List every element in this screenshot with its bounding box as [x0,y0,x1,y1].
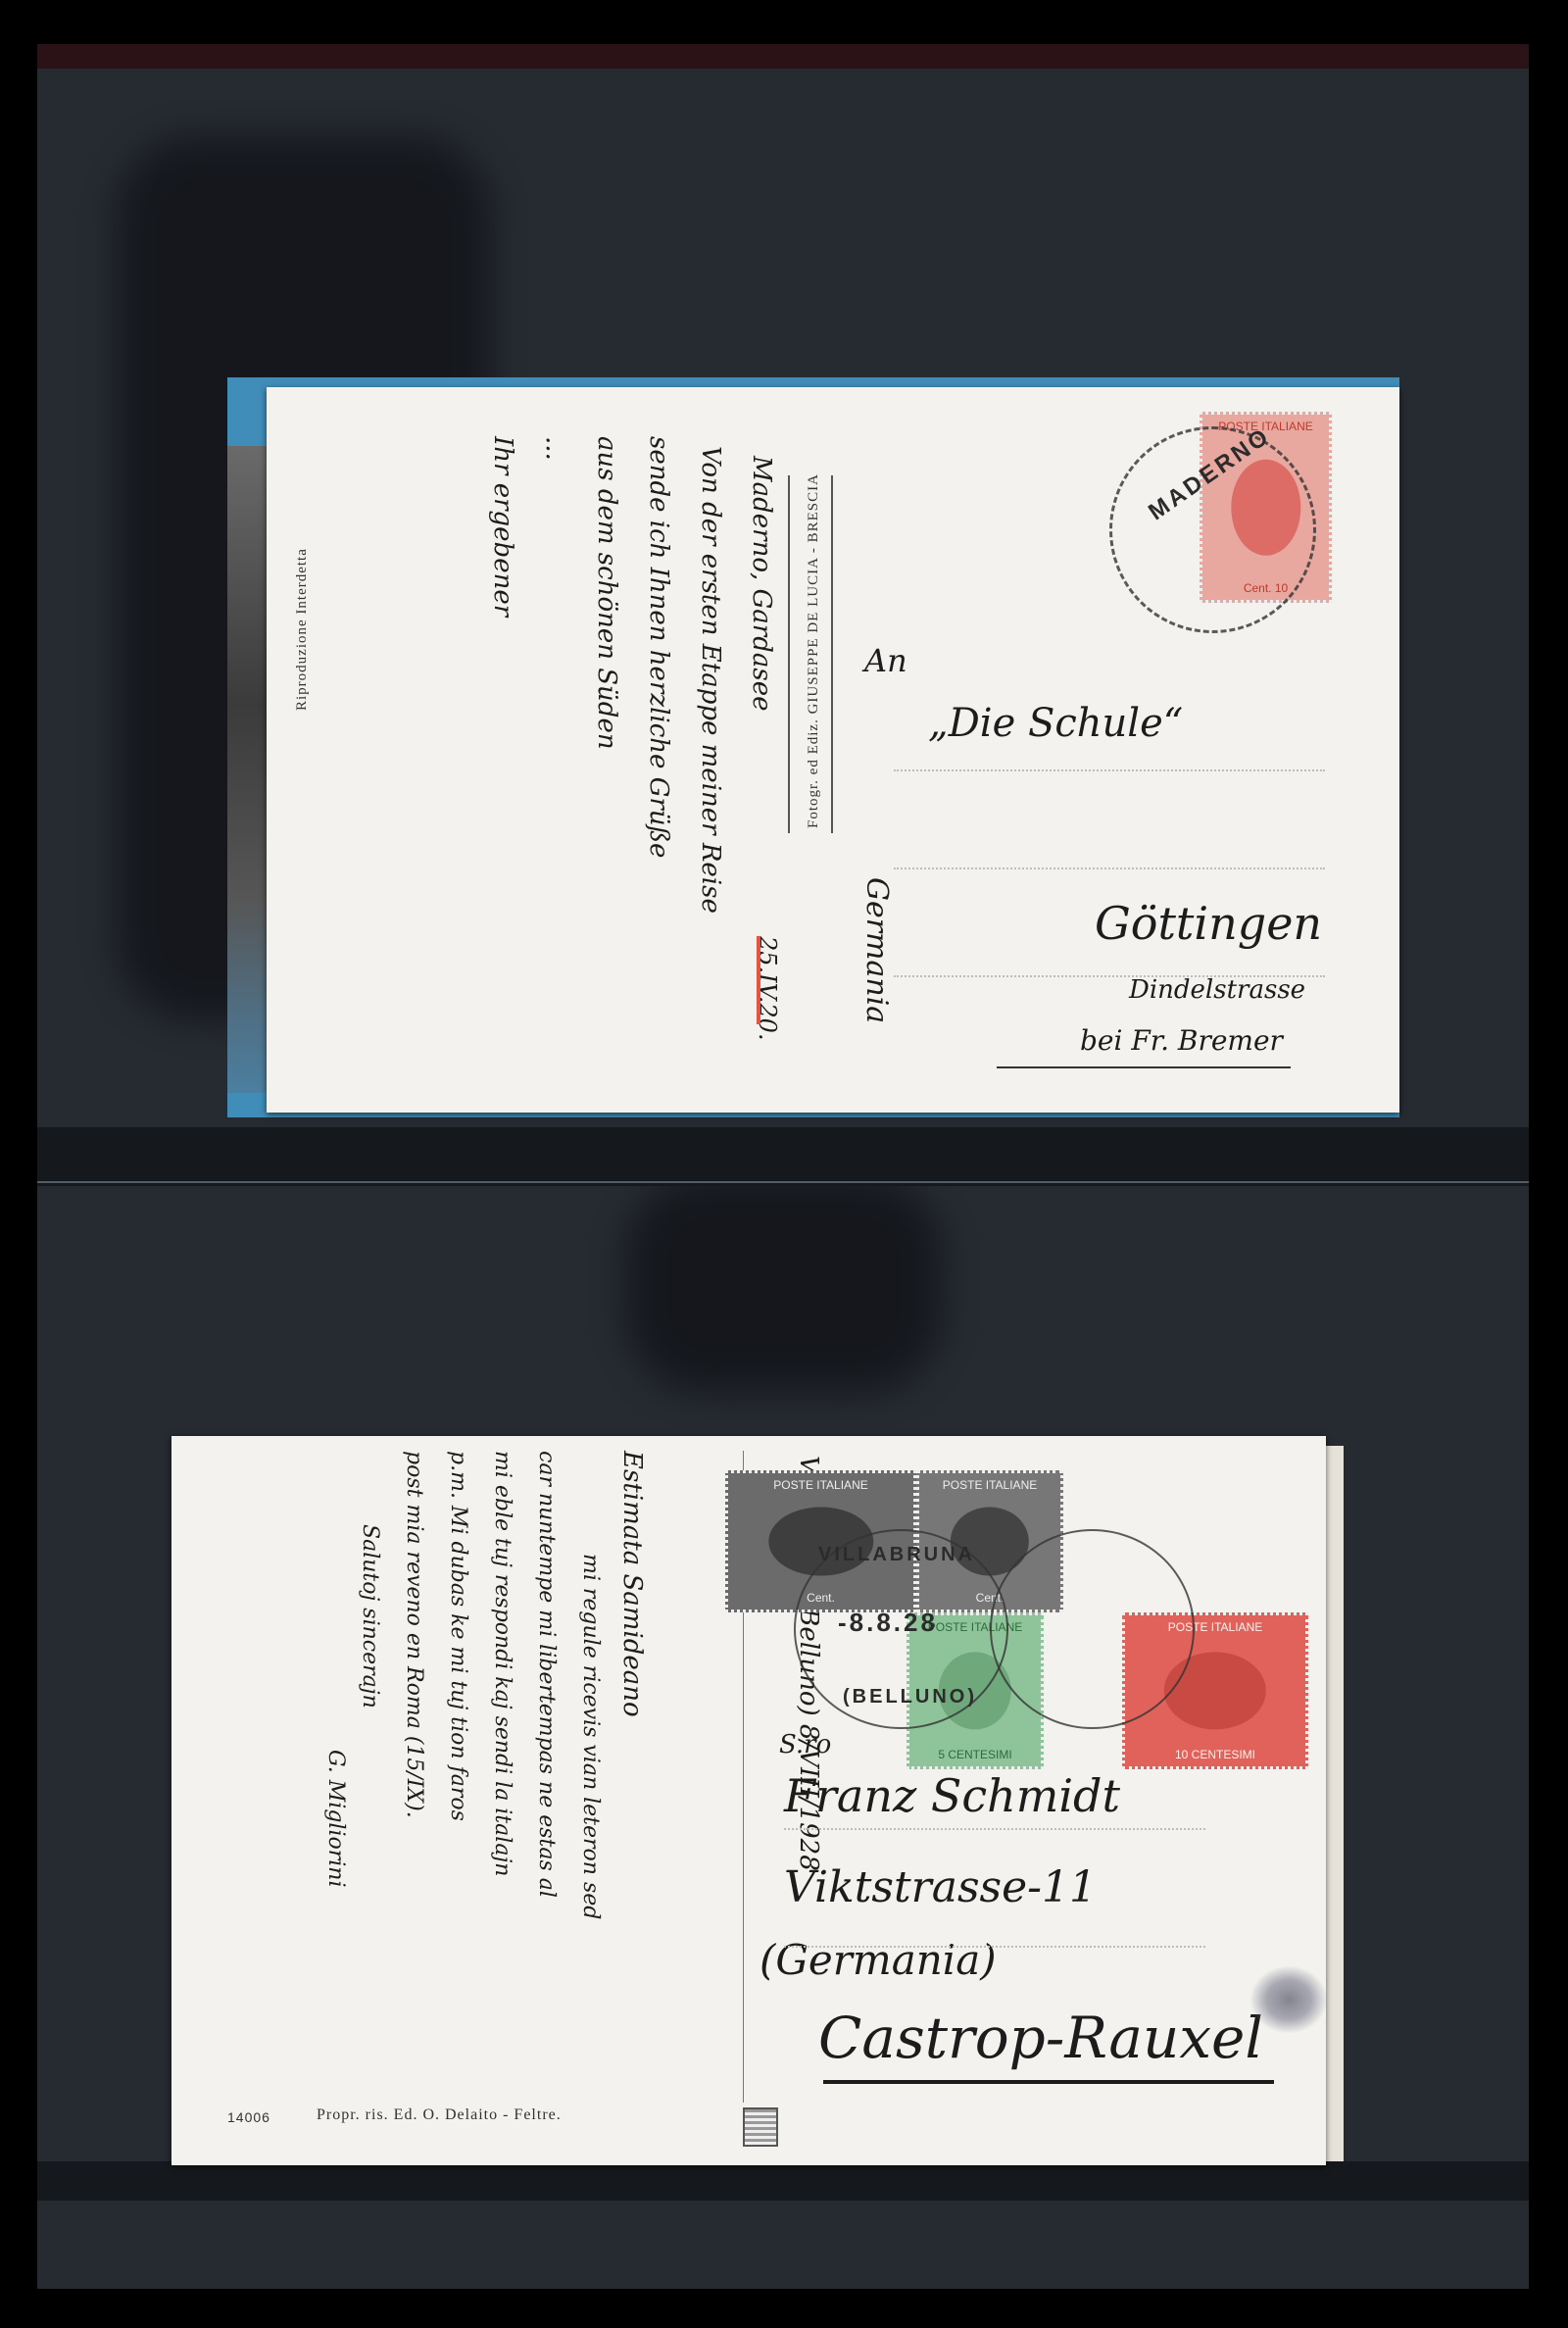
divider-line [831,475,833,833]
message-line: ... [540,436,569,461]
address-salutation: An [864,642,907,679]
address-country: (Germania) [759,1936,997,1984]
postcard-1-photo-edge [227,446,269,1093]
address-recipient: „Die Schule“ [928,701,1183,746]
red-underline [757,936,760,1024]
postcard-2[interactable]: Villabruna (Belluno) 8/VIII/1928 Estimat… [171,1436,1326,2165]
address-country: Germania [859,877,894,1023]
message-line: mi regule ricevis vian leteron sed [578,1554,603,1919]
message-line: mi eble tuj respondi kaj sendi la italaj… [490,1451,514,1876]
address-care-of: bei Fr. Bremer [1080,1024,1283,1057]
message-line: car nuntempe mi libertempas ne estas al [534,1451,559,1898]
message-line: sende ich Ihnen herzliche Grüße [644,436,673,858]
publisher-imprint: Fotogr. ed Ediz. GIUSEPPE DE LUCIA - BRE… [806,473,822,828]
ink-smudge [1249,1965,1328,2034]
message-line: aus dem schönen Süden [592,436,621,750]
message-line: p.m. Mi dubas ke mi tuj tion faros [446,1451,470,1821]
postcard-2-back-edge [1323,1446,1344,2161]
address-line [784,1828,1205,1830]
message-signoff: Salutoj sincerajn [358,1524,382,1709]
publisher-imprint: Propr. ris. Ed. O. Delaito - Feltre. [317,2106,562,2124]
address-line [894,867,1325,869]
address-street: Viktstrasse-11 [784,1862,1097,1912]
album-strip-edge [37,1181,1529,1183]
message-line: Estimata Samideano [617,1451,647,1717]
album-strip-rail [37,1127,1529,1186]
catalogue-number: 14006 [227,2109,270,2125]
stamp-country: POSTE ITALIANE [943,1478,1037,1492]
reproduction-notice: Riproduzione Interdetta [294,548,311,711]
address-underline [823,2080,1274,2084]
postmark-town: VILLABRUNA [818,1544,975,1566]
address-underline [997,1066,1291,1068]
message-line: Von der ersten Etappe meiner Reise [696,446,725,914]
address-prefix: S.ro [779,1730,831,1759]
address-city: Castrop-Rauxel [818,2005,1263,2071]
message-line: Ihr ergebener [488,436,517,617]
postmark-circle [990,1529,1195,1729]
divider-line [788,475,790,833]
address-line [894,769,1325,771]
album-top-band [37,44,1529,69]
postmark-date: -8.8.28 [838,1608,938,1638]
reflection-shadow [627,1176,941,1392]
postcard-1[interactable]: Riproduzione Interdetta Fotogr. ed Ediz.… [267,387,1399,1113]
address-street: Dindelstrasse [1129,975,1305,1005]
postmark-province: (BELLUNO) [843,1686,977,1709]
publisher-logo-icon [743,2107,778,2147]
message-signature: G. Migliorini [323,1750,348,1888]
address-name: Franz Schmidt [784,1769,1120,1822]
stamp-country: POSTE ITALIANE [773,1478,867,1492]
stamp-value: 10 CENTESIMI [1175,1748,1255,1761]
message-line: Maderno, Gardasee [747,456,776,711]
album-strip-rail [37,2161,1529,2201]
stamp-value: 5 CENTESIMI [938,1748,1011,1761]
message-line: post mia reveno en Roma (15/IX). [402,1451,426,1818]
address-city: Göttingen [1095,897,1322,950]
address-line [784,1946,1205,1948]
